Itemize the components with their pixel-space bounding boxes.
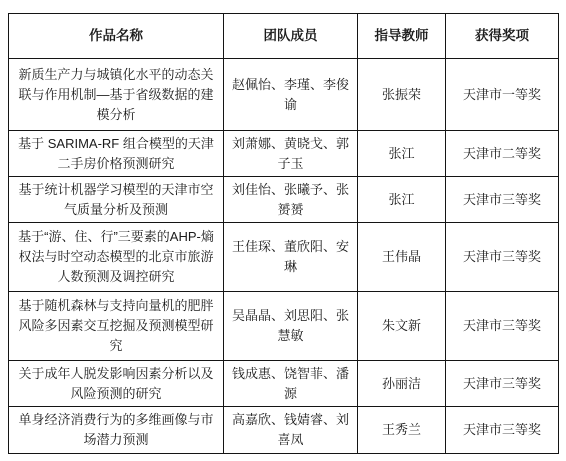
table-row: 单身经济消费行为的多维画像与市场潜力预测 高嘉欣、钱婧睿、刘喜凤 王秀兰 天津市… xyxy=(9,407,559,454)
advisor-cell: 张江 xyxy=(358,131,446,177)
team-members-cell: 王佳琛、董欣阳、安琳 xyxy=(224,223,358,292)
column-header-team-members: 团队成员 xyxy=(224,14,358,59)
table-row: 基于统计机器学习模型的天津市空气质量分析及预测 刘佳怡、张曦予、张赟赟 张江 天… xyxy=(9,177,559,223)
table-row: 基于 SARIMA-RF 组合模型的天津二手房价格预测研究 刘萧娜、黄晓戈、郭子… xyxy=(9,131,559,177)
award-cell: 天津市一等奖 xyxy=(446,59,559,131)
column-header-advisor: 指导教师 xyxy=(358,14,446,59)
work-title-cell: 关于成年人脱发影响因素分析以及风险预测的研究 xyxy=(9,361,224,407)
advisor-cell: 朱文新 xyxy=(358,292,446,361)
work-title-cell: 基于统计机器学习模型的天津市空气质量分析及预测 xyxy=(9,177,224,223)
column-header-work-title: 作品名称 xyxy=(9,14,224,59)
team-members-cell: 赵佩怡、李瑾、李俊谕 xyxy=(224,59,358,131)
advisor-cell: 张振荣 xyxy=(358,59,446,131)
award-cell: 天津市二等奖 xyxy=(446,131,559,177)
advisor-cell: 张江 xyxy=(358,177,446,223)
table-row: 基于“游、住、行”三要素的AHP-熵权法与时空动态模型的北京市旅游人数预测及调控… xyxy=(9,223,559,292)
advisor-cell: 王秀兰 xyxy=(358,407,446,454)
page-background: 作品名称 团队成员 指导教师 获得奖项 新质生产力与城镇化水平的动态关联与作用机… xyxy=(0,0,566,461)
awards-table: 作品名称 团队成员 指导教师 获得奖项 新质生产力与城镇化水平的动态关联与作用机… xyxy=(8,13,559,454)
team-members-cell: 高嘉欣、钱婧睿、刘喜凤 xyxy=(224,407,358,454)
team-members-cell: 吴晶晶、刘思阳、张慧敏 xyxy=(224,292,358,361)
column-header-award: 获得奖项 xyxy=(446,14,559,59)
team-members-cell: 刘萧娜、黄晓戈、郭子玉 xyxy=(224,131,358,177)
award-cell: 天津市三等奖 xyxy=(446,223,559,292)
work-title-cell: 基于随机森林与支持向量机的肥胖风险多因素交互挖掘及预测模型研究 xyxy=(9,292,224,361)
award-cell: 天津市三等奖 xyxy=(446,361,559,407)
header-row: 作品名称 团队成员 指导教师 获得奖项 xyxy=(9,14,559,59)
advisor-cell: 孙丽洁 xyxy=(358,361,446,407)
table-row: 新质生产力与城镇化水平的动态关联与作用机制—基于省级数据的建模分析 赵佩怡、李瑾… xyxy=(9,59,559,131)
team-members-cell: 钱成惠、饶智菲、潘源 xyxy=(224,361,358,407)
award-cell: 天津市三等奖 xyxy=(446,177,559,223)
work-title-cell: 基于“游、住、行”三要素的AHP-熵权法与时空动态模型的北京市旅游人数预测及调控… xyxy=(9,223,224,292)
work-title-cell: 单身经济消费行为的多维画像与市场潜力预测 xyxy=(9,407,224,454)
work-title-cell: 新质生产力与城镇化水平的动态关联与作用机制—基于省级数据的建模分析 xyxy=(9,59,224,131)
award-cell: 天津市三等奖 xyxy=(446,407,559,454)
advisor-cell: 王伟晶 xyxy=(358,223,446,292)
table-row: 关于成年人脱发影响因素分析以及风险预测的研究 钱成惠、饶智菲、潘源 孙丽洁 天津… xyxy=(9,361,559,407)
award-cell: 天津市三等奖 xyxy=(446,292,559,361)
team-members-cell: 刘佳怡、张曦予、张赟赟 xyxy=(224,177,358,223)
work-title-cell: 基于 SARIMA-RF 组合模型的天津二手房价格预测研究 xyxy=(9,131,224,177)
table-row: 基于随机森林与支持向量机的肥胖风险多因素交互挖掘及预测模型研究 吴晶晶、刘思阳、… xyxy=(9,292,559,361)
